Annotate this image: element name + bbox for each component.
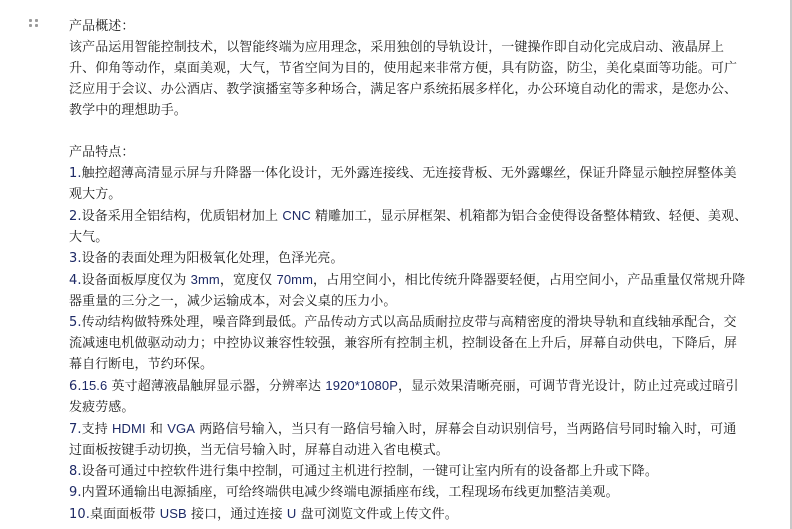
feature-item: 1.触控超薄高清显示屏与升降器一体化设计，无外露连接线、无连接背板、无外露螺丝，… [69,163,749,205]
feature-number: 3. [69,251,82,266]
feature-item: 10.桌面面板带 USB 接口，通过连接 U 盘可浏览文件或上传文件。 [69,503,749,525]
drag-dot [35,19,38,22]
feature-spec-value: U [287,506,297,521]
overview-body: 该产品运用智能控制技术，以智能终端为应用理念，采用独创的导轨设计，一键操作即自动… [69,37,749,121]
drag-handle-icon[interactable] [29,19,39,33]
feature-number: 6. [69,379,82,394]
feature-spec-value: CNC [282,208,310,223]
drag-dot [35,24,38,27]
feature-item: 6.15.6 英寸超薄液晶触屏显示器，分辨率达 1920*1080P，显示效果清… [69,375,749,418]
feature-number: 9. [69,485,82,500]
feature-number: 7. [69,422,82,437]
drag-dot [29,24,32,27]
feature-text: 设备面板厚度仅为 [82,273,191,288]
feature-text: 传动结构做特殊处理，噪音降到最低。产品传动方式以高品质耐拉皮带与高精密度的滑块导… [69,315,737,372]
feature-spec-value: VGA [167,421,195,436]
feature-spec-value: HDMI [112,421,146,436]
feature-text: 设备采用全铝结构，优质铝材加上 [82,209,283,224]
feature-text: 设备可通过中控软件进行集中控制，可通过主机进行控制，一键可让室内所有的设备都上升… [82,464,658,479]
feature-text: 接口，通过连接 [187,507,287,522]
feature-item: 9.内置环通输出电源插座，可给终端供电减少终端电源插座布线，工程现场布线更加整洁… [69,482,749,503]
feature-spec-value: 1920*1080P [325,378,398,393]
feature-text: 触控超薄高清显示屏与升降器一体化设计，无外露连接线、无连接背板、无外露螺丝，保证… [69,166,737,202]
feature-text: 和 [146,422,168,437]
feature-item: 2.设备采用全铝结构，优质铝材加上 CNC 精雕加工，显示屏框架、机箱都为铝合金… [69,205,749,248]
feature-spec-value: USB [160,506,187,521]
feature-list: 1.触控超薄高清显示屏与升降器一体化设计，无外露连接线、无连接背板、无外露螺丝，… [69,163,749,525]
feature-text: 英寸超薄液晶触屏显示器，分辨率达 [107,379,325,394]
feature-item: 5.传动结构做特殊处理，噪音降到最低。产品传动方式以高品质耐拉皮带与高精密度的滑… [69,312,749,375]
feature-number: 2. [69,209,82,224]
feature-text: 桌面面板带 [90,507,160,522]
drag-dot [29,19,32,22]
feature-text: ，宽度仅 [220,273,277,288]
feature-spec-value: 70mm [277,272,314,287]
feature-text: 盘可浏览文件或上传文件。 [296,507,457,522]
feature-item: 8.设备可通过中控软件进行集中控制，可通过主机进行控制，一键可让室内所有的设备都… [69,461,749,482]
feature-number: 1. [69,166,82,181]
feature-text: 内置环通输出电源插座，可给终端供电减少终端电源插座布线，工程现场布线更加整洁美观… [82,485,619,500]
feature-spec-value: 15.6 [82,378,108,393]
document-body: 产品概述： 该产品运用智能控制技术，以智能终端为应用理念，采用独创的导轨设计，一… [69,16,749,525]
feature-number: 8. [69,464,82,479]
overview-heading: 产品概述： [69,16,749,37]
spacer [69,121,749,142]
feature-item: 7.支持 HDMI 和 VGA 两路信号输入，当只有一路信号输入时，屏幕会自动识… [69,418,749,461]
feature-item: 4.设备面板厚度仅为 3mm，宽度仅 70mm，占用空间小，相比传统升降器要轻便… [69,269,749,312]
features-heading: 产品特点： [69,142,749,163]
feature-text: 设备的表面处理为阳极氧化处理，色泽光亮。 [82,251,344,266]
feature-number: 4. [69,273,82,288]
feature-number: 10. [69,507,90,522]
feature-item: 3.设备的表面处理为阳极氧化处理，色泽光亮。 [69,248,749,269]
feature-text: 支持 [82,422,112,437]
feature-number: 5. [69,315,82,330]
feature-spec-value: 3mm [191,272,220,287]
